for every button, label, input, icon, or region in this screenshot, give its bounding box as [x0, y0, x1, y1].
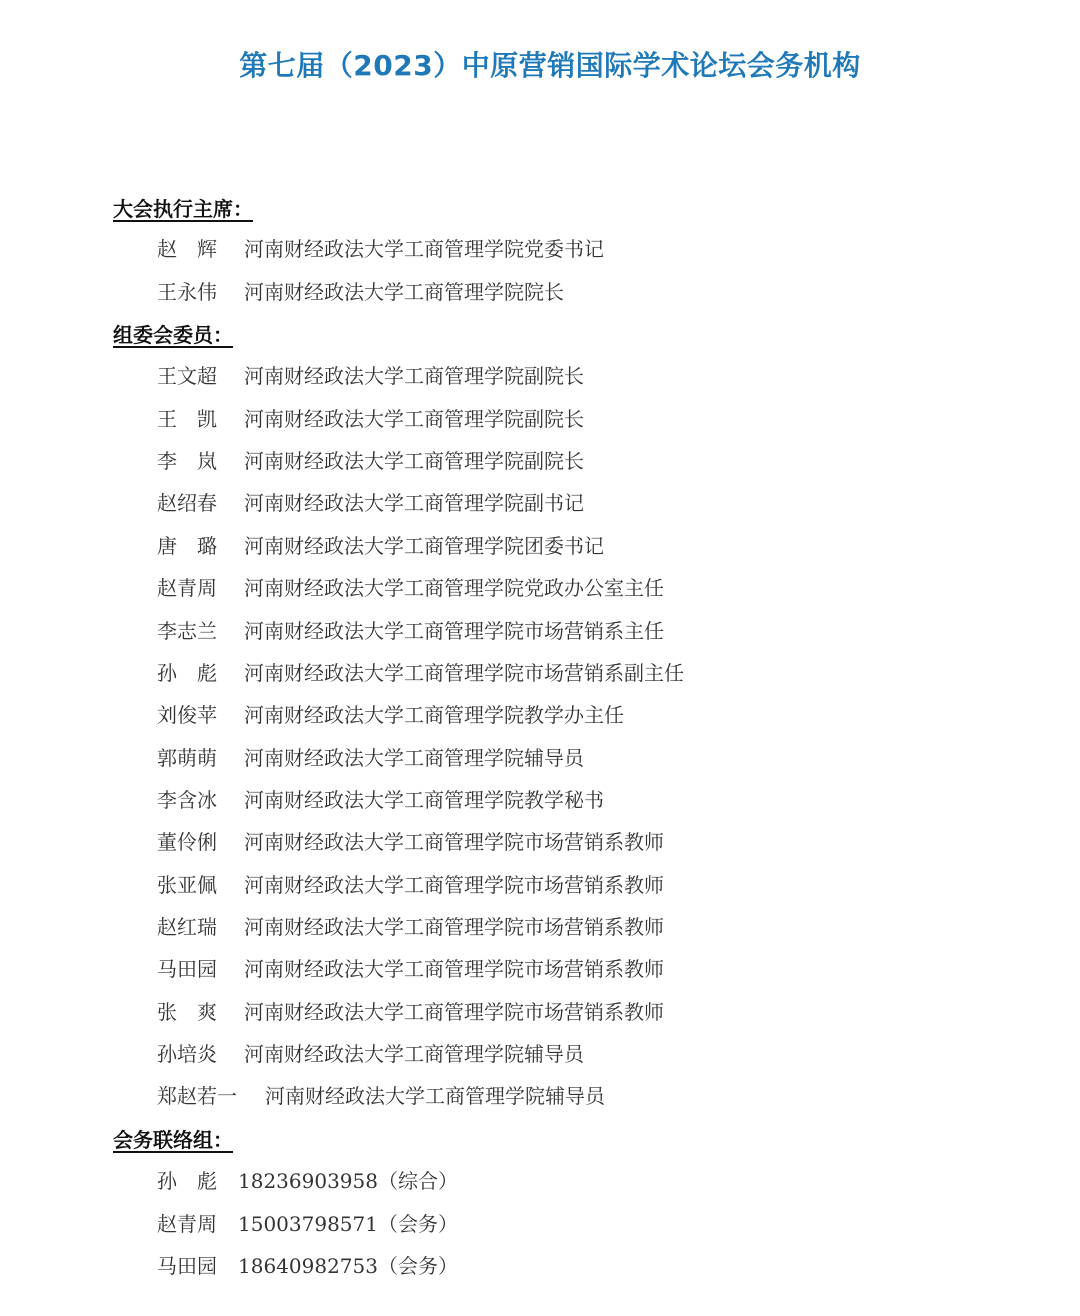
member-role: 河南财经政法大学工商管理学院辅导员: [265, 1080, 605, 1109]
member-role: 河南财经政法大学工商管理学院市场营销系教师: [244, 911, 664, 940]
member-row: 张亚佩河南财经政法大学工商管理学院市场营销系教师: [157, 869, 664, 898]
contact-row: 马田园18640982753（会务）: [157, 1250, 458, 1279]
member-role: 河南财经政法大学工商管理学院副书记: [244, 487, 584, 516]
member-row: 张 爽河南财经政法大学工商管理学院市场营销系教师: [157, 996, 664, 1025]
member-role: 河南财经政法大学工商管理学院市场营销系教师: [244, 826, 664, 855]
section-heading-executive-chair: 大会执行主席：: [113, 193, 273, 222]
member-role: 河南财经政法大学工商管理学院教学秘书: [244, 784, 604, 813]
contact-name: 赵青周: [157, 1208, 238, 1237]
member-name: 赵青周: [157, 572, 244, 601]
member-row: 王永伟河南财经政法大学工商管理学院院长: [157, 276, 564, 305]
member-row: 赵青周河南财经政法大学工商管理学院党政办公室主任: [157, 572, 664, 601]
member-name: 郭萌萌: [157, 742, 244, 771]
contact-phone: 15003798571（会务）: [238, 1208, 458, 1237]
member-row: 赵红瑞河南财经政法大学工商管理学院市场营销系教师: [157, 911, 664, 940]
member-role: 河南财经政法大学工商管理学院市场营销系教师: [244, 953, 664, 982]
member-name: 李 岚: [157, 445, 244, 474]
section-heading-liaison-group: 会务联络组：: [113, 1124, 253, 1153]
contact-name: 马田园: [157, 1250, 238, 1279]
member-row: 唐 璐河南财经政法大学工商管理学院团委书记: [157, 530, 604, 559]
member-name: 董伶俐: [157, 826, 244, 855]
member-name: 王永伟: [157, 276, 244, 305]
member-row: 王文超河南财经政法大学工商管理学院副院长: [157, 360, 584, 389]
member-role: 河南财经政法大学工商管理学院副院长: [244, 445, 584, 474]
member-name: 张 爽: [157, 996, 244, 1025]
member-row: 赵 辉河南财经政法大学工商管理学院党委书记: [157, 233, 604, 262]
member-role: 河南财经政法大学工商管理学院党委书记: [244, 233, 604, 262]
document-title: 第七届（2023）中原营销国际学术论坛会务机构: [0, 44, 1080, 84]
member-row: 孙培炎河南财经政法大学工商管理学院辅导员: [157, 1038, 584, 1067]
section-heading-organizing-committee: 组委会委员：: [113, 319, 253, 348]
contact-row: 孙 彪18236903958（综合）: [157, 1165, 458, 1194]
member-role: 河南财经政法大学工商管理学院市场营销系教师: [244, 869, 664, 898]
member-row: 王 凯河南财经政法大学工商管理学院副院长: [157, 403, 584, 432]
member-role: 河南财经政法大学工商管理学院教学办主任: [244, 699, 624, 728]
member-name: 刘俊苹: [157, 699, 244, 728]
member-name: 李志兰: [157, 615, 244, 644]
member-row: 李 岚河南财经政法大学工商管理学院副院长: [157, 445, 584, 474]
member-name: 孙培炎: [157, 1038, 244, 1067]
contact-phone: 18640982753（会务）: [238, 1250, 458, 1279]
member-name: 马田园: [157, 953, 244, 982]
member-role: 河南财经政法大学工商管理学院副院长: [244, 360, 584, 389]
member-role: 河南财经政法大学工商管理学院市场营销系主任: [244, 615, 664, 644]
contact-name: 孙 彪: [157, 1165, 238, 1194]
member-role: 河南财经政法大学工商管理学院辅导员: [244, 1038, 584, 1067]
member-row: 刘俊苹河南财经政法大学工商管理学院教学办主任: [157, 699, 624, 728]
member-name: 赵 辉: [157, 233, 244, 262]
member-name: 王 凯: [157, 403, 244, 432]
member-row: 孙 彪河南财经政法大学工商管理学院市场营销系副主任: [157, 657, 684, 686]
member-name: 唐 璐: [157, 530, 244, 559]
member-row: 郑赵若一河南财经政法大学工商管理学院辅导员: [157, 1080, 605, 1109]
member-role: 河南财经政法大学工商管理学院院长: [244, 276, 564, 305]
member-role: 河南财经政法大学工商管理学院党政办公室主任: [244, 572, 664, 601]
member-name: 赵红瑞: [157, 911, 244, 940]
member-row: 李含冰河南财经政法大学工商管理学院教学秘书: [157, 784, 604, 813]
contact-phone: 18236903958（综合）: [238, 1165, 458, 1194]
member-name: 李含冰: [157, 784, 244, 813]
contact-row: 赵青周15003798571（会务）: [157, 1208, 458, 1237]
member-role: 河南财经政法大学工商管理学院市场营销系副主任: [244, 657, 684, 686]
member-name: 王文超: [157, 360, 244, 389]
member-row: 董伶俐河南财经政法大学工商管理学院市场营销系教师: [157, 826, 664, 855]
member-row: 李志兰河南财经政法大学工商管理学院市场营销系主任: [157, 615, 664, 644]
member-role: 河南财经政法大学工商管理学院团委书记: [244, 530, 604, 559]
member-role: 河南财经政法大学工商管理学院辅导员: [244, 742, 584, 771]
member-name: 张亚佩: [157, 869, 244, 898]
member-row: 郭萌萌河南财经政法大学工商管理学院辅导员: [157, 742, 584, 771]
member-row: 赵绍春河南财经政法大学工商管理学院副书记: [157, 487, 584, 516]
member-name: 赵绍春: [157, 487, 244, 516]
member-role: 河南财经政法大学工商管理学院副院长: [244, 403, 584, 432]
member-name: 郑赵若一: [157, 1080, 265, 1109]
member-role: 河南财经政法大学工商管理学院市场营销系教师: [244, 996, 664, 1025]
member-row: 马田园河南财经政法大学工商管理学院市场营销系教师: [157, 953, 664, 982]
member-name: 孙 彪: [157, 657, 244, 686]
